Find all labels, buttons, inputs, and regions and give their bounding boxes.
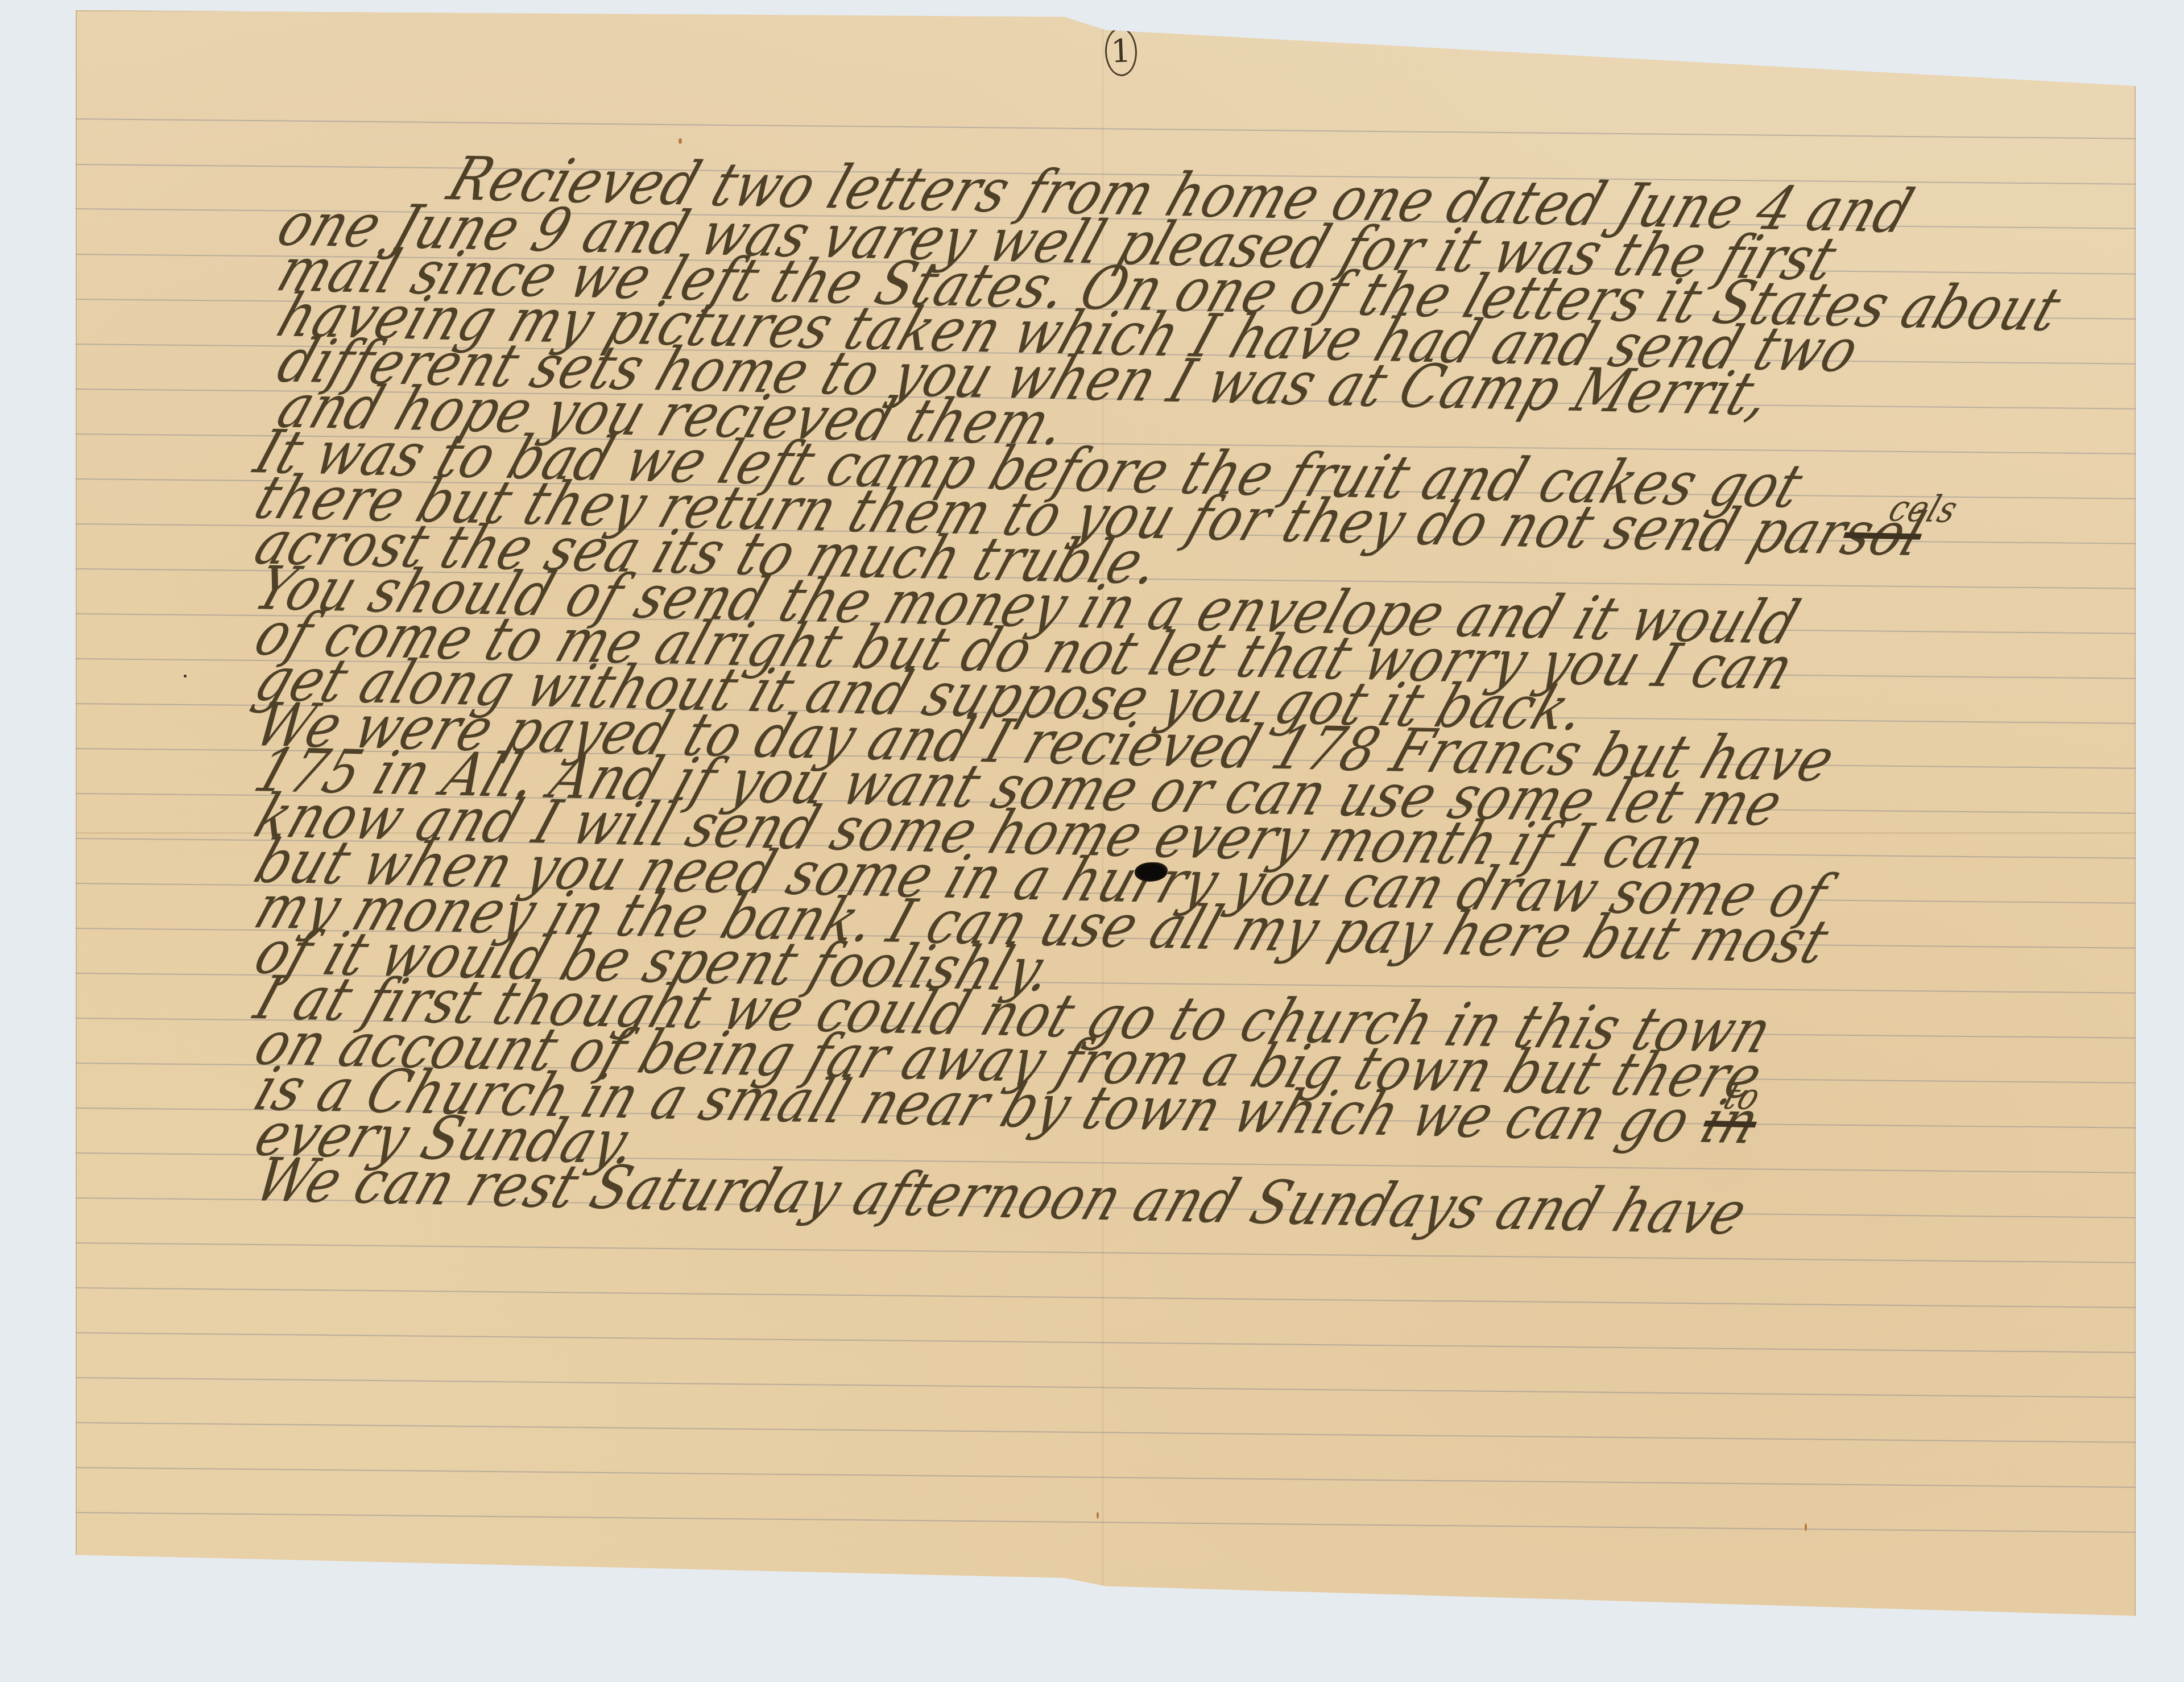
ruled-line xyxy=(76,1377,2136,1398)
ruled-line xyxy=(76,1422,2136,1443)
paper-speck xyxy=(1805,1523,1807,1531)
ruled-line xyxy=(76,1287,2136,1308)
paper-speck xyxy=(1097,1512,1099,1519)
ruled-line xyxy=(76,118,2136,139)
inserted-text: cels xyxy=(1883,487,1963,531)
ruled-line xyxy=(76,1242,2136,1263)
page-number: 1 xyxy=(1105,27,1138,77)
letter-page: 1 Recieved two letters from home one dat… xyxy=(76,10,2136,1657)
ruled-line xyxy=(76,1467,2136,1488)
ruled-line xyxy=(76,1332,2136,1353)
paper-speck xyxy=(184,675,187,677)
ruled-line xyxy=(76,1512,2136,1533)
letter-line: We can rest Saturday afternoon and Sunda… xyxy=(246,1145,1756,1248)
paper-speck xyxy=(679,138,682,144)
